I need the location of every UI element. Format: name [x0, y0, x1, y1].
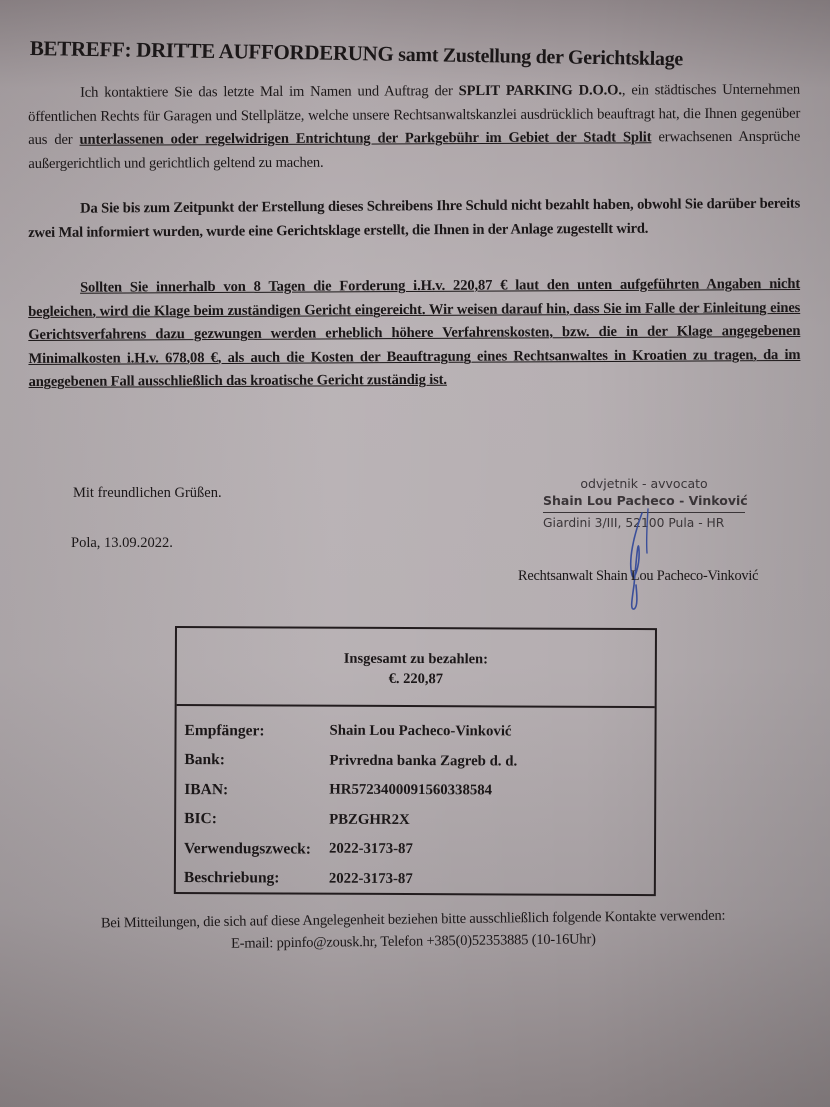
- p2-text: Da Sie bis zum Zeitpunkt der Erstellung …: [28, 196, 800, 241]
- payment-details-box: Insgesamt zu bezahlen: €. 220,87 Empfäng…: [174, 626, 657, 896]
- paragraph-lawsuit-notice: Da Sie bis zum Zeitpunkt der Erstellung …: [28, 193, 800, 245]
- subject-line: BETREFF: DRITTE AUFFORDERUNG samt Zustel…: [30, 36, 790, 73]
- payment-row-bic: BIC: PBZGHR2X: [184, 805, 654, 837]
- total-amount: €. 220,87: [389, 669, 443, 689]
- paragraph-mandate: Ich kontaktiere Sie das letzte Mal im Na…: [28, 79, 800, 176]
- p3-text: Sollten Sie innerhalb von 8 Tagen die Fo…: [28, 276, 800, 390]
- row-value: PBZGHR2X: [329, 811, 654, 829]
- row-label: Empfänger:: [185, 722, 330, 741]
- p1-underlined-claim: unterlassenen oder regelwidrigen Entrich…: [79, 129, 651, 147]
- row-label: BIC:: [184, 810, 329, 829]
- row-label: Beschriebung:: [184, 869, 329, 888]
- place-date: Pola, 13.09.2022.: [71, 535, 173, 552]
- paragraph-payment-deadline: Sollten Sie innerhalb von 8 Tagen die Fo…: [28, 273, 801, 395]
- row-value: 2022-3173-87: [329, 870, 654, 888]
- payment-row-recipient: Empfänger: Shain Lou Pacheco-Vinković: [184, 716, 654, 748]
- closing-greeting: Mit freundlichen Grüßen.: [73, 485, 222, 502]
- contact-footer: Bei Mitteilungen, die sich auf diese Ang…: [48, 904, 778, 957]
- row-label: Bank:: [184, 751, 329, 770]
- payment-row-description: Beschriebung: 2022-3173-87: [184, 864, 654, 896]
- row-value: 2022-3173-87: [329, 841, 654, 859]
- row-label: Verwendugszweck:: [184, 840, 329, 859]
- row-value: Shain Lou Pacheco-Vinković: [330, 723, 655, 741]
- payment-row-purpose: Verwendugszweck: 2022-3173-87: [184, 834, 654, 866]
- company-name: SPLIT PARKING D.O.O.: [459, 82, 622, 99]
- stamp-role: odvjetnik - avvocato: [543, 476, 745, 492]
- payment-row-bank: Bank: Privredna banka Zagreb d. d.: [184, 746, 654, 778]
- total-label: Insgesamt zu bezahlen:: [344, 649, 488, 670]
- payment-rows: Empfänger: Shain Lou Pacheco-Vinković Ba…: [176, 706, 655, 895]
- payment-row-iban: IBAN: HR5723400091560338584: [184, 775, 654, 807]
- row-label: IBAN:: [184, 781, 329, 800]
- handwritten-signature-icon: [620, 505, 660, 615]
- letter-page: BETREFF: DRITTE AUFFORDERUNG samt Zustel…: [0, 0, 830, 1107]
- p1-part1: Ich kontaktiere Sie das letzte Mal im Na…: [80, 83, 459, 101]
- total-section: Insgesamt zu bezahlen: €. 220,87: [177, 628, 655, 708]
- row-value: Privredna banka Zagreb d. d.: [329, 752, 654, 770]
- signer-name: Rechtsanwalt Shain Lou Pacheco-Vinković: [518, 568, 758, 585]
- subject-prefix: BETREFF: DRITTE AUFFORDERUNG: [30, 36, 394, 66]
- subject-rest: samt Zustellung der Gerichtsklage: [393, 44, 683, 71]
- row-value: HR5723400091560338584: [329, 782, 654, 800]
